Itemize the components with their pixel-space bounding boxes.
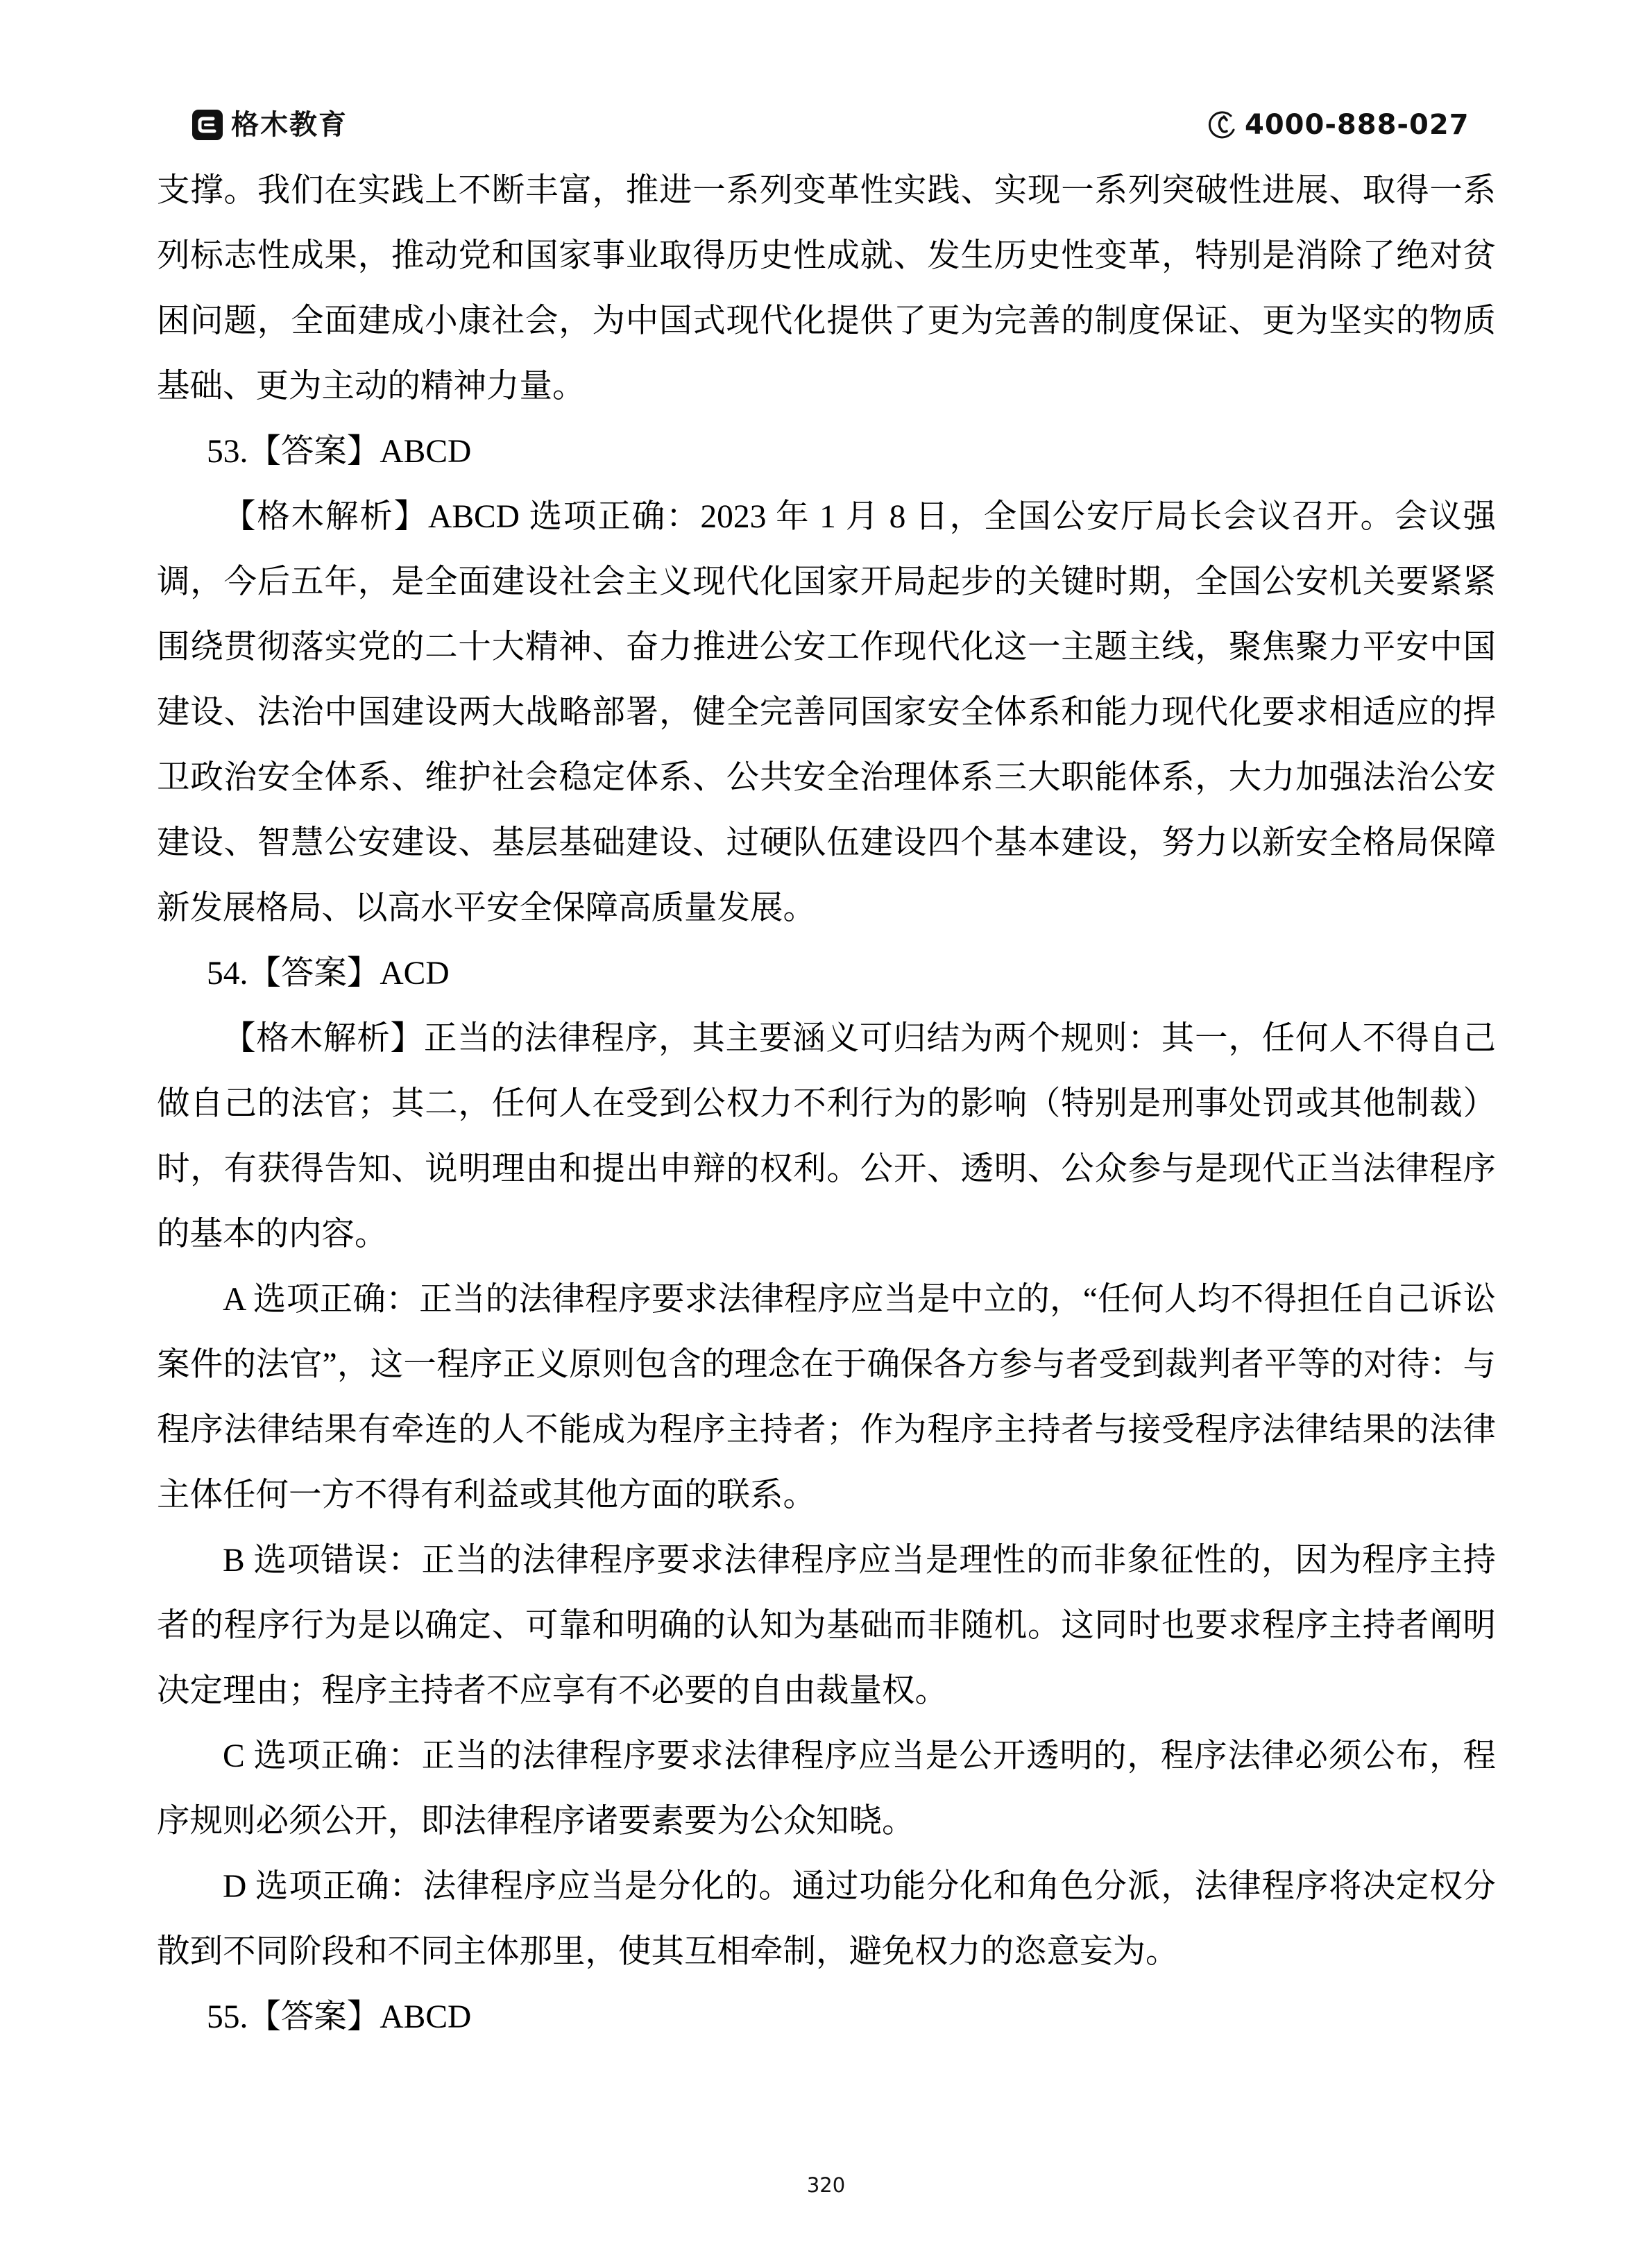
option-c-explanation: C 选项正确：正当的法律程序要求法律程序应当是公开透明的，程序法律必须公布，程序… [157,1724,1496,1854]
document-body: 支撑。我们在实践上不断丰富，推进一系列变革性实践、实现一系列突破性进展、取得一系… [157,158,1496,2050]
hotline: 4000-888-027 [1206,105,1470,144]
answer-54: 54.【答案】ACD [157,941,1496,1006]
analysis-53: 【格木解析】ABCD 选项正确：2023 年 1 月 8 日，全国公安厅局长会议… [157,484,1496,941]
analysis-54: 【格木解析】正当的法律程序，其主要涵义可归结为两个规则：其一，任何人不得自己做自… [157,1006,1496,1267]
option-b-explanation: B 选项错误：正当的法律程序要求法律程序应当是理性的而非象征性的，因为程序主持者… [157,1528,1496,1724]
answer-53: 53.【答案】ABCD [157,419,1496,484]
page-header: 格木教育 4000-888-027 [0,0,1652,160]
brand-name: 格木教育 [231,108,348,142]
phone-number: 4000-888-027 [1245,109,1470,141]
option-a-explanation: A 选项正确：正当的法律程序要求法律程序应当是中立的，“任何人均不得担任自己诉讼… [157,1267,1496,1528]
phone-icon [1206,109,1238,141]
brand-logo: 格木教育 [192,108,348,142]
paragraph-continuation: 支撑。我们在实践上不断丰富，推进一系列变革性实践、实现一系列突破性进展、取得一系… [157,158,1496,419]
gemu-logo-icon [192,110,223,140]
option-d-explanation: D 选项正确：法律程序应当是分化的。通过功能分化和角色分派，法律程序将决定权分散… [157,1854,1496,1985]
answer-55: 55.【答案】ABCD [157,1985,1496,2050]
page-number: 320 [0,2173,1652,2197]
